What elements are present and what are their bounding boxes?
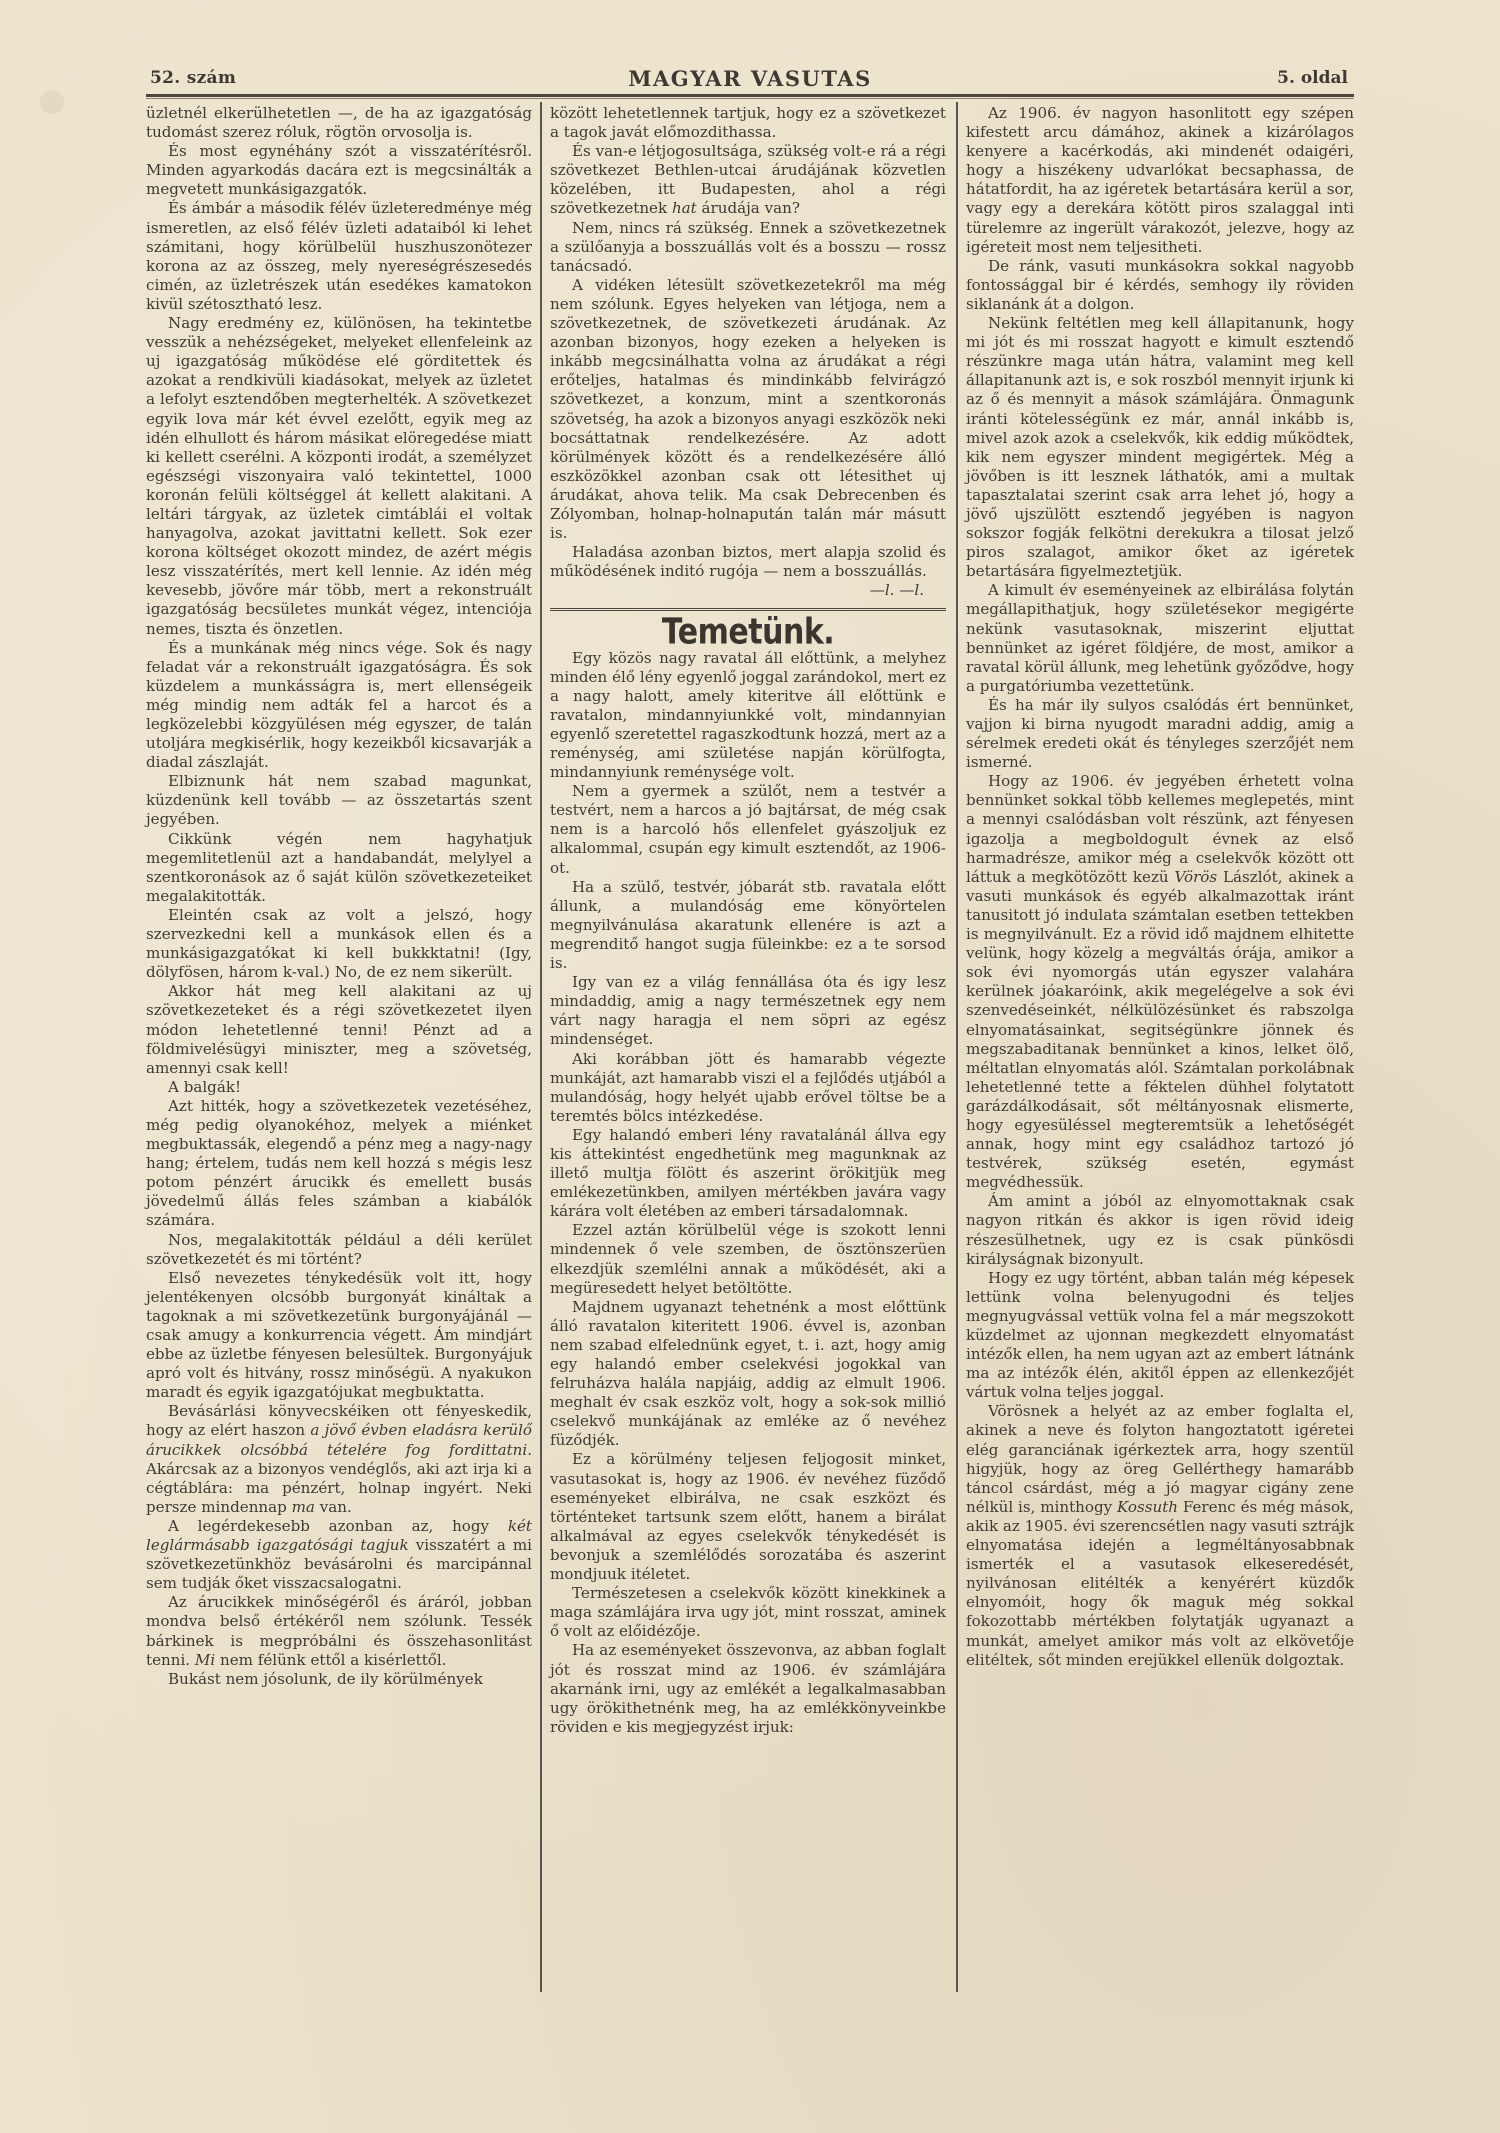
paragraph: Nekünk feltétlen meg kell állapitanunk, … bbox=[966, 314, 1354, 581]
column-divider bbox=[956, 102, 958, 1992]
column-1: üzletnél elkerülhetetlen —, de ha az iga… bbox=[146, 104, 532, 1689]
paragraph: között lehetetlennek tartjuk, hogy ez a … bbox=[550, 104, 946, 142]
column-3: Az 1906. év nagyon hasonlitott egy szépe… bbox=[966, 104, 1354, 1670]
paragraph: A kimult év eseményeinek az elbirálása f… bbox=[966, 581, 1354, 696]
paragraph: Egy közös nagy ravatal áll előttünk, a m… bbox=[550, 649, 946, 783]
header-rule-thin bbox=[146, 98, 1354, 99]
paragraph: Cikkünk végén nem hagyhatjuk megemlitetl… bbox=[146, 830, 532, 906]
paragraph: Vörösnek a helyét az az ember foglalta e… bbox=[966, 1402, 1354, 1669]
paragraph: Nem a gyermek a szülőt, nem a testvér a … bbox=[550, 782, 946, 877]
header-rule bbox=[146, 94, 1354, 97]
paragraph: Haladása azonban biztos, mert alapja szo… bbox=[550, 543, 946, 581]
paragraph: Akkor hát meg kell alakitani az uj szöve… bbox=[146, 982, 532, 1077]
masthead-title: MAGYAR VASUTAS bbox=[146, 66, 1354, 91]
paragraph: És ha már ily sulyos csalódás ért bennün… bbox=[966, 696, 1354, 772]
article-signature: —l. —l. bbox=[550, 581, 946, 600]
newspaper-page: 52. szám MAGYAR VASUTAS 5. oldal üzletné… bbox=[146, 66, 1354, 2066]
paragraph: Elbiznunk hát nem szabad magunkat, küzde… bbox=[146, 772, 532, 829]
paragraph: üzletnél elkerülhetetlen —, de ha az iga… bbox=[146, 104, 532, 142]
paragraph: És a munkának még nincs vége. Sok és nag… bbox=[146, 639, 532, 773]
paper-stain bbox=[40, 90, 64, 114]
paragraph: A balgák! bbox=[146, 1078, 532, 1097]
paragraph: Bukást nem jósolunk, de ily körülmények bbox=[146, 1670, 532, 1689]
paragraph: Nem, nincs rá szükség. Ennek a szövetkez… bbox=[550, 219, 946, 276]
paragraph: Eleintén csak az volt a jelszó, hogy sze… bbox=[146, 906, 532, 982]
column-2: között lehetetlennek tartjuk, hogy ez a … bbox=[550, 104, 946, 1737]
column-divider bbox=[540, 102, 542, 1992]
page-header: 52. szám MAGYAR VASUTAS 5. oldal bbox=[146, 66, 1354, 92]
paragraph: És ámbár a második félév üzleteredménye … bbox=[146, 199, 532, 314]
paragraph: Nos, megalakitották például a déli kerül… bbox=[146, 1231, 532, 1269]
paragraph: Hogy ez ugy történt, abban talán még kép… bbox=[966, 1269, 1354, 1403]
paragraph: Nagy eredmény ez, különösen, ha tekintet… bbox=[146, 314, 532, 639]
paragraph: És most egynéhány szót a visszatérítésrő… bbox=[146, 142, 532, 199]
paragraph: Ha az eseményeket összevonva, az abban f… bbox=[550, 1641, 946, 1736]
paragraph: Ha a szülő, testvér, jóbarát stb. ravata… bbox=[550, 878, 946, 973]
section-title: Temetünk. bbox=[550, 622, 946, 645]
paragraph: És van-e létjogosultsága, szükség volt-e… bbox=[550, 142, 946, 218]
paragraph: A legérdekesebb azonban az, hogy két leg… bbox=[146, 1517, 532, 1593]
paragraph: Természetesen a cselekvők között kinekki… bbox=[550, 1584, 946, 1641]
paragraph: Aki korábban jött és hamarabb végezte mu… bbox=[550, 1050, 946, 1126]
paragraph: Ez a körülmény teljesen feljogosit minke… bbox=[550, 1450, 946, 1584]
paragraph: Egy halandó emberi lény ravatalánál állv… bbox=[550, 1126, 946, 1221]
paragraph: Első nevezetes ténykedésük volt itt, hog… bbox=[146, 1269, 532, 1403]
paragraph: Majdnem ugyanazt tehetnénk a most előttü… bbox=[550, 1298, 946, 1451]
paragraph: Hogy az 1906. év jegyében érhetett volna… bbox=[966, 772, 1354, 1192]
article-cooperative-continued: között lehetetlennek tartjuk, hogy ez a … bbox=[550, 104, 946, 581]
paragraph: Az 1906. év nagyon hasonlitott egy szépe… bbox=[966, 104, 1354, 257]
paragraph: A vidéken létesült szövetkezetekről ma m… bbox=[550, 276, 946, 543]
paragraph: Azt hitték, hogy a szövetkezetek vezetés… bbox=[146, 1097, 532, 1231]
paragraph: Igy van ez a világ fennállása óta és igy… bbox=[550, 973, 946, 1049]
page-number: 5. oldal bbox=[1277, 68, 1348, 88]
paragraph: Ezzel aztán körülbelül vége is szokott l… bbox=[550, 1221, 946, 1297]
paragraph: De ránk, vasuti munkásokra sokkal nagyob… bbox=[966, 257, 1354, 314]
article-temetunk: Egy közös nagy ravatal áll előttünk, a m… bbox=[550, 649, 946, 1737]
paragraph: Az árucikkek minőségéről és áráról, jobb… bbox=[146, 1593, 532, 1669]
paragraph: Ám amint a jóból az elnyomottaknak csak … bbox=[966, 1192, 1354, 1268]
paragraph: Bevásárlási könyvecskéiken ott fényesked… bbox=[146, 1402, 532, 1517]
